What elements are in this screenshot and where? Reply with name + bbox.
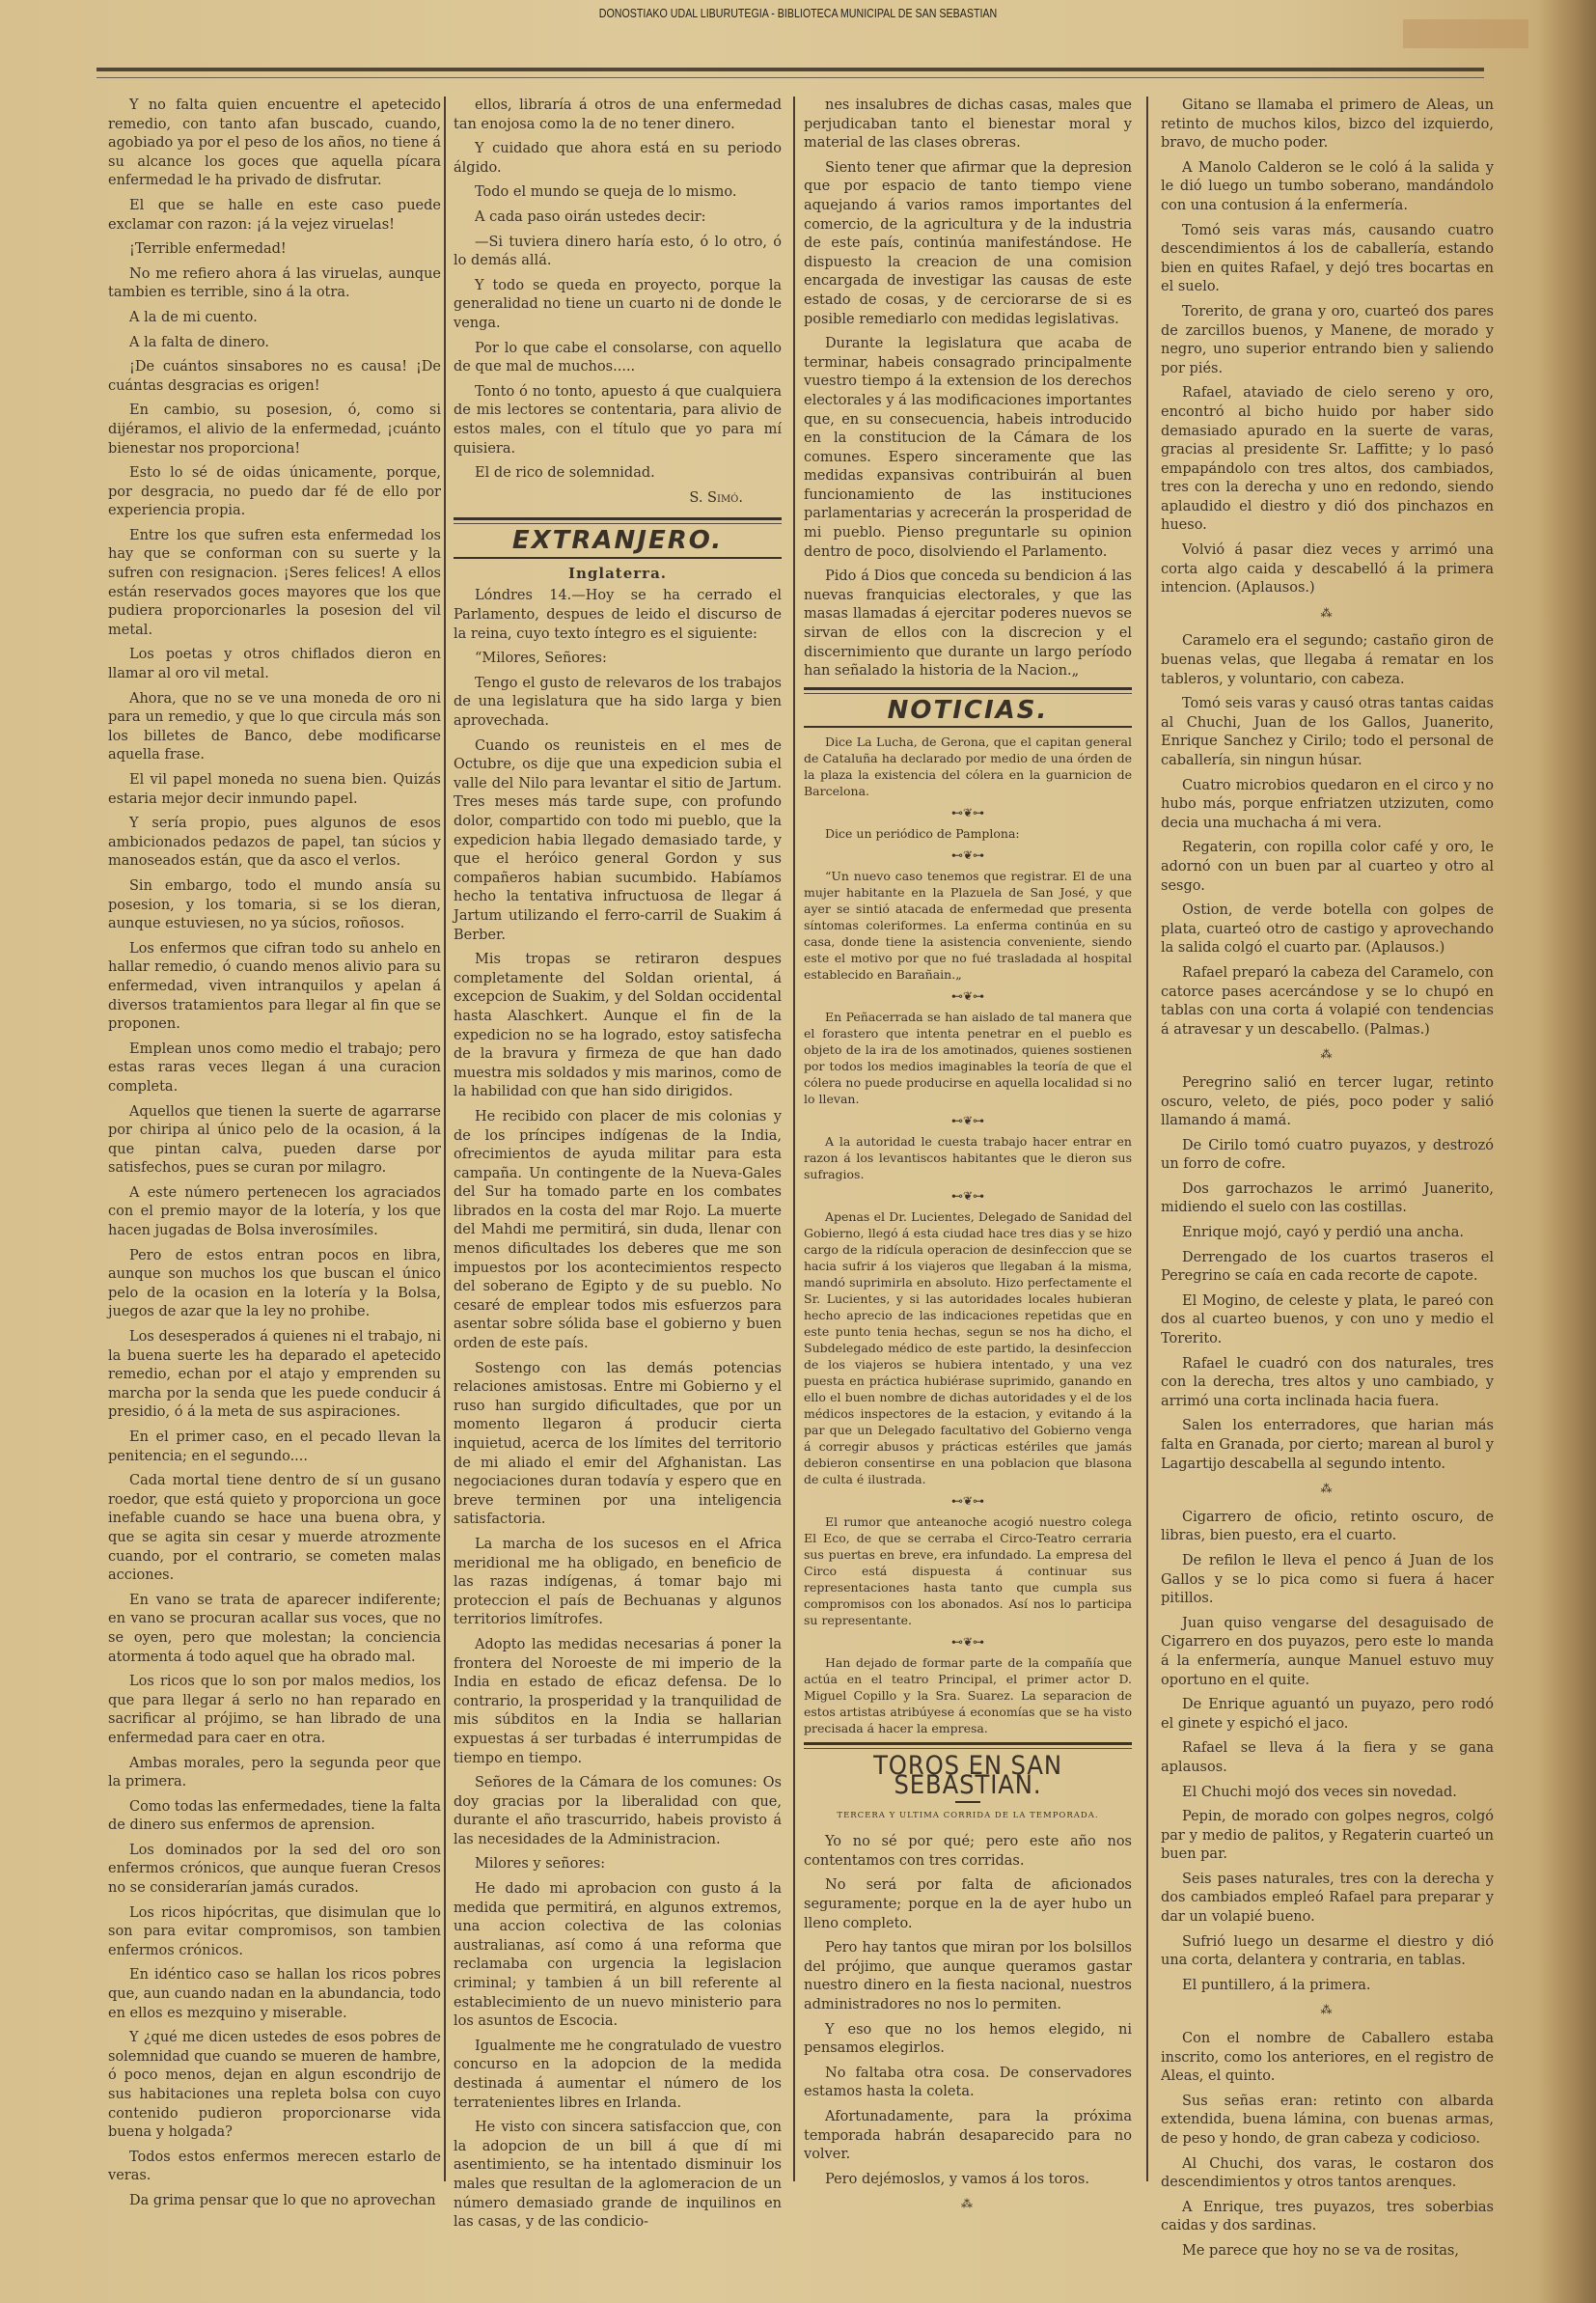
- column-divider-3: [1146, 97, 1148, 2181]
- paragraph: Señores de la Cámara de los comunes: Os …: [454, 1774, 782, 1849]
- paragraph: Pido á Dios que conceda su bendicion á l…: [804, 568, 1132, 681]
- paragraph: Lóndres 14.—Hoy se ha cerrado el Parlame…: [454, 587, 782, 644]
- paragraph: Los dominados por la sed del oro son enf…: [108, 1842, 441, 1899]
- paragraph: Ambas morales, pero la segunda peor que …: [108, 1755, 441, 1792]
- paragraph: Como todas las enfermedades, tiene la fa…: [108, 1798, 441, 1836]
- paragraph: A la autoridad le cuesta trabajo hacer e…: [804, 1133, 1132, 1182]
- paper-stain: [1403, 19, 1528, 48]
- paragraph: Y todo se queda en proyecto, porque la g…: [454, 277, 782, 334]
- paragraph: De Enrique aguantó un puyazo, pero rodó …: [1161, 1696, 1494, 1734]
- paragraph: Yo no sé por qué; pero este año nos cont…: [804, 1833, 1132, 1871]
- paragraph: Rafael le cuadró con dos naturales, tres…: [1161, 1355, 1494, 1412]
- paragraph: Dice un periódico de Pamplona:: [804, 825, 1132, 842]
- paragraph: ¡De cuántos sinsabores no es causa! ¡De …: [108, 358, 441, 396]
- paragraph: La marcha de los sucesos en el Africa me…: [454, 1536, 782, 1630]
- paragraph: Tomó seis varas y causó otras tantas cai…: [1161, 695, 1494, 770]
- paragraph: Han dejado de formar parte de la compañí…: [804, 1654, 1132, 1736]
- paragraph: Sostengo con las demás potencias relacio…: [454, 1360, 782, 1530]
- paragraph: Milores y señores:: [454, 1855, 782, 1874]
- paragraph: A la de mi cuento.: [108, 309, 441, 328]
- section-rule: [804, 687, 1132, 694]
- paragraph: Cada mortal tiene dentro de sí un gusano…: [108, 1472, 441, 1586]
- top-rule: [96, 68, 1484, 78]
- paragraph: Y cuidado que ahora está en su periodo á…: [454, 140, 782, 178]
- paragraph: Y eso que no los hemos elegido, ni pensa…: [804, 2021, 1132, 2059]
- paragraph: En vano se trata de aparecer indiferente…: [108, 1592, 441, 1667]
- article-queens-speech: Lóndres 14.—Hoy se ha cerrado el Parlame…: [454, 587, 782, 2232]
- news-items: Dice La Lucha, de Gerona, que el capitan…: [804, 734, 1132, 1736]
- asterism-ornament: ⁂: [1161, 2001, 1494, 2020]
- section-title-extranjero: EXTRANJERO.: [454, 532, 782, 551]
- paragraph: El de rico de solemnidad.: [454, 464, 782, 484]
- paragraph: En Peñacerrada se han aislado de tal man…: [804, 1009, 1132, 1107]
- article-continuation: ellos, libraría á otros de una enfermeda…: [454, 97, 782, 484]
- paragraph: Cuatro microbios quedaron en el circo y …: [1161, 777, 1494, 834]
- paragraph: Con el nombre de Caballero estaba inscri…: [1161, 2030, 1494, 2087]
- paragraph: Afortunadamente, para la próxima tempora…: [804, 2108, 1132, 2165]
- paragraph: De Cirilo tomó cuatro puyazos, y destroz…: [1161, 1137, 1494, 1175]
- library-watermark: DONOSTIAKO UDAL LIBURUTEGIA - BIBLIOTECA…: [144, 6, 1452, 20]
- paragraph: Volvió á pasar diez veces y arrimó una c…: [1161, 541, 1494, 598]
- paragraph: Igualmente me he congratulado de vuestro…: [454, 2038, 782, 2113]
- paragraph: En cambio, su posesion, ó, como si dijér…: [108, 402, 441, 458]
- paragraph: “Un nuevo caso tenemos que registrar. El…: [804, 868, 1132, 983]
- column-divider-1: [444, 97, 446, 2181]
- paragraph: El Mogino, de celeste y plata, le pareó …: [1161, 1292, 1494, 1349]
- paragraph: Cigarrero de oficio, retinto oscuro, de …: [1161, 1509, 1494, 1546]
- paragraph: nes insalubres de dichas casas, males qu…: [804, 97, 1132, 153]
- paragraph: A la falta de dinero.: [108, 334, 441, 353]
- paragraph: Regaterin, con ropilla color café y oro,…: [1161, 839, 1494, 896]
- paragraph: Enrique mojó, cayó y perdió una ancha.: [1161, 1224, 1494, 1243]
- fleuron-separator: ⊷❦⊶: [804, 805, 1132, 821]
- asterism-ornament: ⁂: [1161, 1045, 1494, 1065]
- section-rule: [804, 1742, 1132, 1749]
- paragraph: No me refiero ahora á las viruelas, aunq…: [108, 265, 441, 303]
- paragraph: Los enfermos que cifran todo su anhelo e…: [108, 940, 441, 1035]
- paragraph: Sin embargo, todo el mundo ansía su pose…: [108, 877, 441, 934]
- paragraph: Durante la legislatura que acaba de term…: [804, 335, 1132, 562]
- fleuron-separator: ⊷❦⊶: [804, 847, 1132, 864]
- paragraph: Cuando os reunisteis en el mes de Octubr…: [454, 737, 782, 946]
- paragraph: Pero dejémoslos, y vamos á los toros.: [804, 2171, 1132, 2190]
- paragraph: A este número pertenecen los agraciados …: [108, 1184, 441, 1241]
- paragraph: Ahora, que no se ve una moneda de oro ni…: [108, 690, 441, 765]
- column-2: ellos, libraría á otros de una enfermeda…: [454, 97, 782, 2238]
- article-signature: S. Simó.: [454, 489, 782, 509]
- paragraph: Aquellos que tienen la suerte de agarrar…: [108, 1103, 441, 1179]
- paragraph: Sufrió luego un desarme el diestro y dió…: [1161, 1933, 1494, 1971]
- paragraph: A cada paso oirán ustedes decir:: [454, 208, 782, 228]
- paragraph: Dice La Lucha, de Gerona, que el capitan…: [804, 734, 1132, 799]
- paragraph: Por lo que cabe el consolarse, con aquel…: [454, 340, 782, 377]
- paragraph: Emplean unos como medio el trabajo; pero…: [108, 1041, 441, 1097]
- paragraph: Los desesperados á quienes ni el trabajo…: [108, 1328, 441, 1423]
- paragraph: Los ricos hipócritas, que disimulan que …: [108, 1904, 441, 1961]
- paragraph: Ostion, de verde botella con golpes de p…: [1161, 902, 1494, 958]
- page-edge-shadow: [1538, 0, 1596, 2303]
- article-toros: Yo no sé por qué; pero este año nos cont…: [804, 1833, 1132, 2189]
- paragraph: El vil papel moneda no suena bien. Quizá…: [108, 771, 441, 809]
- column-1: Y no falta quien encuentre el apetecido …: [108, 97, 441, 2217]
- paragraph: Juan quiso vengarse del desaguisado de C…: [1161, 1615, 1494, 1690]
- paragraph: El puntillero, á la primera.: [1161, 1977, 1494, 1996]
- paragraph: Rafael, ataviado de cielo sereno y oro, …: [1161, 384, 1494, 536]
- paragraph: De refilon le lleva el penco á Juan de l…: [1161, 1552, 1494, 1609]
- fleuron-separator: ⊷❦⊶: [804, 1113, 1132, 1129]
- paragraph: Dos garrochazos le arrimó Juanerito, mid…: [1161, 1180, 1494, 1218]
- section-title-noticias: NOTICIAS.: [804, 702, 1132, 721]
- paragraph: Siento tener que afirmar que la depresio…: [804, 159, 1132, 329]
- paragraph: Los poetas y otros chiflados dieron en l…: [108, 646, 441, 683]
- paragraph: Seis pases naturales, tres con la derech…: [1161, 1871, 1494, 1928]
- asterism-ornament: ⁂: [804, 2195, 1132, 2214]
- title-dash: [955, 1801, 980, 1803]
- paragraph: Los ricos que lo son por malos medios, l…: [108, 1673, 441, 1748]
- article-queens-speech-cont: nes insalubres de dichas casas, males qu…: [804, 97, 1132, 681]
- paragraph: Mis tropas se retiraron despues completa…: [454, 951, 782, 1102]
- column-3: nes insalubres de dichas casas, males qu…: [804, 97, 1132, 2224]
- section-rule: [454, 517, 782, 524]
- paragraph: Rafael preparó la cabeza del Caramelo, c…: [1161, 964, 1494, 1040]
- paragraph: Adopto las medidas necesarias á poner la…: [454, 1636, 782, 1768]
- paragraph: Al Chuchi, dos varas, le costaron dos de…: [1161, 2155, 1494, 2193]
- paragraph: Y sería propio, pues algunos de esos amb…: [108, 815, 441, 872]
- paragraph: A Enrique, tres puyazos, tres soberbias …: [1161, 2199, 1494, 2236]
- paragraph: Todo el mundo se queja de lo mismo.: [454, 183, 782, 203]
- paragraph: He recibido con placer de mis colonias y…: [454, 1108, 782, 1354]
- paragraph: Sus señas eran: retinto con albarda exte…: [1161, 2093, 1494, 2150]
- paragraph: El Chuchi mojó dos veces sin novedad.: [1161, 1784, 1494, 1803]
- section-rule: [804, 726, 1132, 728]
- paragraph: ¡Terrible enfermedad!: [108, 240, 441, 260]
- paragraph: Todos estos enfermos merecen estarlo de …: [108, 2149, 441, 2186]
- fleuron-separator: ⊷❦⊶: [804, 1634, 1132, 1651]
- paragraph: He dado mi aprobacion con gusto á la med…: [454, 1880, 782, 2032]
- fleuron-separator: ⊷❦⊶: [804, 1188, 1132, 1205]
- paragraph: Y ¿qué me dicen ustedes de esos pobres d…: [108, 2029, 441, 2143]
- paragraph: Pepin, de morado con golpes negros, colg…: [1161, 1808, 1494, 1865]
- paragraph: No será por falta de aficionados seguram…: [804, 1876, 1132, 1933]
- paragraph: Salen los enterradores, que harian más f…: [1161, 1417, 1494, 1474]
- column-4: Gitano se llamaba el primero de Aleas, u…: [1161, 97, 1494, 2267]
- subhead-inglaterra: Inglaterra.: [454, 565, 782, 584]
- paragraph: Derrengado de los cuartos traseros el Pe…: [1161, 1249, 1494, 1287]
- paragraph: Gitano se llamaba el primero de Aleas, u…: [1161, 97, 1494, 153]
- paragraph: Peregrino salió en tercer lugar, retinto…: [1161, 1074, 1494, 1131]
- paragraph: Da grima pensar que lo que no aprovechan: [108, 2192, 441, 2211]
- section-title-toros: TOROS EN SAN SEBASTIAN.: [820, 1757, 1115, 1794]
- paragraph: No faltaba otra cosa. De conservadores e…: [804, 2065, 1132, 2102]
- paragraph: Pero de estos entran pocos en libra, aun…: [108, 1247, 441, 1322]
- paragraph: Apenas el Dr. Lucientes, Delegado de San…: [804, 1208, 1132, 1487]
- paragraph: Pero hay tantos que miran por los bolsil…: [804, 1939, 1132, 2014]
- paragraph: “Milores, Señores:: [454, 650, 782, 669]
- paragraph: El rumor que anteanoche acogió nuestro c…: [804, 1513, 1132, 1628]
- asterism-ornament: ⁂: [1161, 1480, 1494, 1499]
- paragraph: ellos, libraría á otros de una enfermeda…: [454, 97, 782, 134]
- paragraph: Torerito, de grana y oro, cuarteó dos pa…: [1161, 303, 1494, 378]
- paragraph: A Manolo Calderon se le coló á la salida…: [1161, 159, 1494, 216]
- section-rule: [454, 557, 782, 559]
- toros-subtitle: TERCERA Y ULTIMA CORRIDA DE LA TEMPORADA…: [804, 1807, 1132, 1826]
- column-divider-2: [793, 97, 795, 2181]
- paragraph: Y no falta quien encuentre el apetecido …: [108, 97, 441, 191]
- asterism-ornament: ⁂: [1161, 604, 1494, 624]
- paragraph: Tomó seis varas más, causando cuatro des…: [1161, 222, 1494, 297]
- fleuron-separator: ⊷❦⊶: [804, 1493, 1132, 1510]
- fleuron-separator: ⊷❦⊶: [804, 988, 1132, 1005]
- paragraph: Caramelo era el segundo; castaño giron d…: [1161, 632, 1494, 689]
- paragraph: —Si tuviera dinero haría esto, ó lo otro…: [454, 234, 782, 271]
- paragraph: Me parece que hoy no se va de rositas,: [1161, 2242, 1494, 2261]
- paragraph: Rafael se lleva á la fiera y se gana apl…: [1161, 1739, 1494, 1777]
- paragraph: Esto lo sé de oidas únicamente, porque, …: [108, 464, 441, 521]
- paragraph: He visto con sincera satisfaccion que, c…: [454, 2119, 782, 2233]
- paragraph: En idéntico caso se hallan los ricos pob…: [108, 1966, 441, 2023]
- paragraph: El que se halle en este caso puede excla…: [108, 197, 441, 235]
- paragraph: En el primer caso, en el pecado llevan l…: [108, 1429, 441, 1466]
- paragraph: Entre los que sufren esta enfermedad los…: [108, 527, 441, 641]
- paragraph: Tengo el gusto de relevaros de los traba…: [454, 675, 782, 732]
- paragraph: Tonto ó no tonto, apuesto á que cualquie…: [454, 383, 782, 458]
